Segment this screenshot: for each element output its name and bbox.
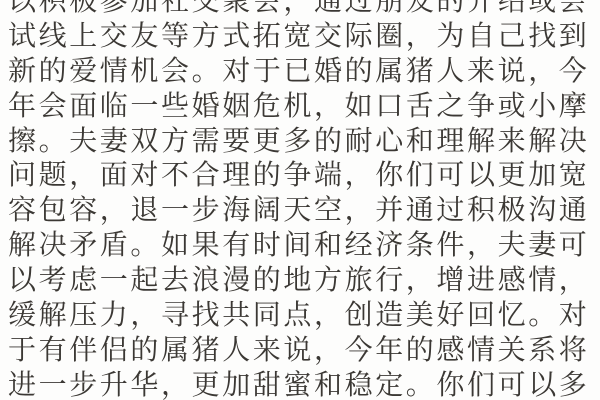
article-text: 以积极参加社交聚会，通过朋友的介绍或尝 试线上交友等方式拓宽交际圈，为自己找到 …	[8, 0, 594, 400]
text-line: 试线上交友等方式拓宽交际圈，为自己找到	[8, 19, 594, 54]
text-line: 擦。夫妻双方需要更多的耐心和理解来解决	[8, 124, 594, 159]
text-line: 于有伴侣的属猪人来说，今年的感情关系将	[8, 333, 594, 368]
text-line: 进一步升华，更加甜蜜和稳定。你们可以多	[8, 368, 594, 400]
text-line: 以积极参加社交聚会，通过朋友的介绍或尝	[8, 0, 594, 19]
text-line: 以考虑一起去浪漫的地方旅行，增进感情，	[8, 263, 594, 298]
text-line: 新的爱情机会。对于已婚的属猪人来说，今	[8, 54, 594, 89]
text-line: 解决矛盾。如果有时间和经济条件，夫妻可	[8, 228, 594, 263]
text-line: 缓解压力，寻找共同点，创造美好回忆。对	[8, 298, 594, 333]
text-line: 年会面临一些婚姻危机，如口舌之争或小摩	[8, 89, 594, 124]
document-page: 以积极参加社交聚会，通过朋友的介绍或尝 试线上交友等方式拓宽交际圈，为自己找到 …	[0, 0, 600, 400]
text-line: 问题，面对不合理的争端，你们可以更加宽	[8, 158, 594, 193]
text-line: 容包容，退一步海阔天空，并通过积极沟通	[8, 193, 594, 228]
